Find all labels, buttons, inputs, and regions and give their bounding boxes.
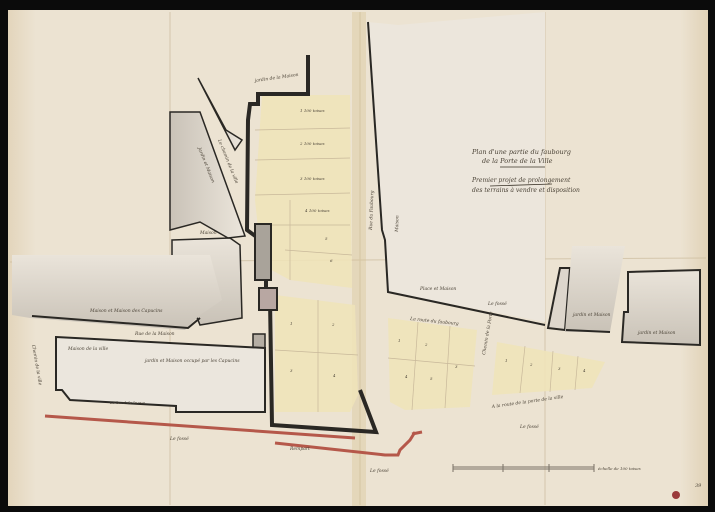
label-cross-street: Chemin de la Porte — [481, 311, 495, 355]
svg-text:4: 4 — [404, 374, 408, 379]
center-lots — [388, 318, 477, 410]
label-right-maison-vert: Maison — [394, 215, 401, 233]
label-rue: Rue de la Maison — [134, 331, 175, 337]
stamp-number: 39 — [695, 483, 702, 489]
scale-bar — [453, 464, 594, 472]
svg-text:1 100 toises: 1 100 toises — [300, 108, 325, 113]
label-south-edge: Le bord de la rue — [109, 400, 146, 405]
label-boundary: Le fossé — [487, 300, 507, 307]
title-line-2: de la Porte de la Ville — [482, 157, 553, 165]
label-south-block: Maison de la ville — [67, 346, 108, 352]
small-building — [259, 288, 277, 310]
svg-text:4: 4 — [332, 373, 336, 378]
svg-text:2: 2 — [331, 322, 335, 327]
title-line-3: Premier projet de prolongement — [471, 177, 571, 184]
svg-text:1: 1 — [290, 321, 293, 326]
label-bottom-road: A la route de la porte de la ville — [490, 394, 564, 410]
svg-text:2: 2 — [424, 342, 428, 347]
svg-text:1: 1 — [398, 338, 401, 343]
svg-text:2 100 toises: 2 100 toises — [299, 141, 325, 146]
scale-label: échelle de 100 toises — [598, 466, 641, 471]
label-vertical-left: Chemin de la ville — [30, 344, 43, 386]
east-lots — [492, 342, 605, 395]
label-east-house-2: jardin et Maison — [637, 330, 676, 336]
east-house-2 — [565, 246, 625, 332]
label-bottom-left: Le fossé — [169, 435, 189, 442]
label-top-street: jardin de la Maison — [253, 72, 299, 84]
svg-text:1: 1 — [505, 358, 508, 363]
label-right-edge: Le fossé — [519, 423, 539, 430]
small-building — [253, 334, 265, 348]
label-north-maison: Maison — [199, 230, 217, 236]
label-bottom-right: Le fossé — [369, 467, 389, 474]
svg-text:2: 2 — [529, 362, 533, 367]
small-building — [255, 224, 271, 280]
cadastral-plan: échelle de 100 toises 39 Plan d'une part… — [0, 0, 715, 512]
archive-stamp — [672, 491, 680, 499]
svg-text:4 100 toises: 4 100 toises — [304, 208, 330, 213]
label-bottom-mid: Rempart — [289, 446, 310, 452]
west-building — [12, 255, 222, 330]
label-east-house-1: jardin et Maison — [572, 312, 611, 318]
svg-text:3 100 toises: 3 100 toises — [300, 176, 325, 181]
west-lots — [275, 295, 358, 412]
label-right-maison: Place et Maison — [419, 286, 456, 292]
svg-text:4: 4 — [582, 368, 586, 373]
label-south-caption: jardin et Maison occupé par les Capucins — [144, 357, 240, 364]
label-vertical-road: Rue du Faubourg — [368, 190, 375, 231]
label-west-maison: Maison et Maison des Capucins — [89, 308, 163, 314]
title-line-1: Plan d'une partie du faubourg — [471, 148, 571, 156]
title-line-4: des terrains à vendre et disposition — [472, 187, 580, 194]
